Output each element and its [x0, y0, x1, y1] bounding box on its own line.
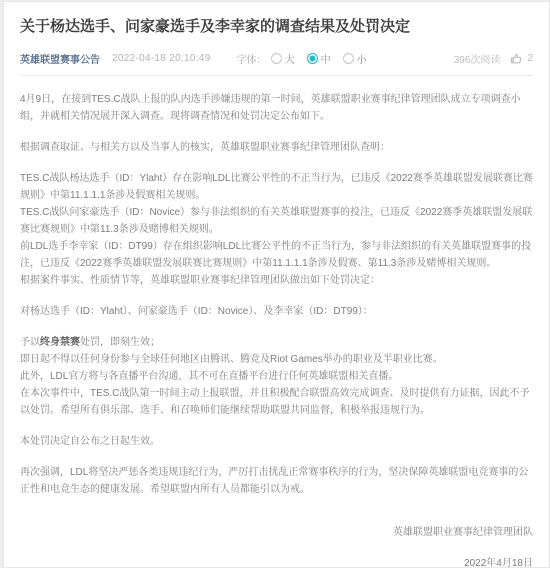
font-size-option-small[interactable]: 小	[343, 51, 367, 66]
page-title: 关于杨达选手、问家豪选手及李幸家的调查结果及处罚决定	[20, 16, 533, 37]
paragraph-text: 4月9日，在接到TES.C战队上报的队内选手涉嫌违规的第一时间，英雄联盟职业赛事…	[20, 91, 533, 125]
radio-selected-icon	[307, 53, 318, 64]
category-link[interactable]: 英雄联盟赛事公告	[20, 51, 100, 66]
font-size-option-small-label: 小	[357, 51, 367, 66]
paragraph-intro: 4月9日，在接到TES.C战队上报的队内选手涉嫌违规的第一时间，英雄联盟职业赛事…	[20, 91, 533, 125]
penalty-seg-1: 予以	[20, 337, 40, 348]
meta-bar: 英雄联盟赛事公告 2022-04-18 20:10:49 字体： 大 中 小 3…	[20, 51, 533, 65]
read-count: 396次阅读	[454, 51, 501, 66]
penalty-stream: 此外，LDL官方将与各直播平台沟通，其不可在直播平台进行任何英雄联盟相关直播。	[20, 368, 533, 385]
penalty-scope: 即日起不得以任何身份参与全球任何地区由腾讯、腾竞及Riot Games举办的职业…	[20, 351, 533, 368]
radio-unselected-icon	[271, 53, 282, 64]
font-size-label: 字体：	[237, 51, 267, 66]
like-button[interactable]: 2	[510, 52, 533, 65]
penalty-tesc-note: 在本次事件中，TES.C战队第一时间主动上报联盟，并且积极配合联盟高效完成调查、…	[20, 385, 533, 419]
like-count: 2	[527, 53, 533, 64]
radio-unselected-icon	[343, 53, 354, 64]
penalty-seg-3: 处罚，即刻生效；	[80, 337, 160, 348]
findings-list: TES.C战队杨达选手（ID：Ylaht）存在影响LDL比赛公平性的不正当行为，…	[20, 170, 533, 289]
article-footer: 英雄联盟职业赛事纪律管理团队 2022年4月18日	[20, 524, 533, 568]
publish-time: 2022-04-18 20:10:49	[112, 53, 211, 64]
thumbs-up-icon	[510, 52, 523, 65]
penalty-lifetime-ban: 终身禁赛	[40, 337, 80, 348]
signature-date: 2022年4月18日	[20, 555, 533, 568]
paragraph-closing: 再次强调，LDL将坚决严惩各类违规违纪行为，严厉打击扰乱正常赛事秩序的行为，坚决…	[20, 464, 533, 498]
finding-item: TES.C战队杨达选手（ID：Ylaht）存在影响LDL比赛公平性的不正当行为，…	[20, 170, 533, 204]
finding-item: 前LDL选手李幸家（ID：DT99）存在组织影响LDL比赛公平性的不正当行为，参…	[20, 238, 533, 272]
decision-intro: 根据案件事实、性质情节等，英雄联盟职业赛事纪律管理团队做出如下处罚决定：	[20, 272, 533, 289]
font-size-option-large-label: 大	[285, 51, 295, 66]
announcement-card: 关于杨达选手、问家豪选手及李幸家的调查结果及处罚决定 英雄联盟赛事公告 2022…	[3, 1, 550, 568]
font-size-option-medium-label: 中	[321, 51, 331, 66]
signature: 英雄联盟职业赛事纪律管理团队	[20, 524, 533, 541]
font-size-option-large[interactable]: 大	[271, 51, 295, 66]
penalty-block: 予以终身禁赛处罚，即刻生效； 即日起不得以任何身份参与全球任何地区由腾讯、腾竞及…	[20, 334, 533, 419]
paragraph-subjects: 对杨达选手（ID：Ylaht）、问家豪选手（ID：Novice）、及李幸家（ID…	[20, 303, 533, 320]
penalty-line: 予以终身禁赛处罚，即刻生效；	[20, 334, 533, 351]
font-size-option-medium[interactable]: 中	[307, 51, 331, 66]
article-body: 4月9日，在接到TES.C战队上报的队内选手涉嫌违规的第一时间，英雄联盟职业赛事…	[20, 76, 533, 568]
meta-right-group: 396次阅读 2	[454, 51, 533, 66]
paragraph-text: 再次强调，LDL将坚决严惩各类违规违纪行为，严厉打击扰乱正常赛事秩序的行为，坚决…	[20, 464, 533, 498]
paragraph-effective: 本处罚决定自公布之日起生效。	[20, 433, 533, 450]
paragraph-investigation: 根据调查取证、与相关方以及当事人的核实，英雄联盟职业赛事纪律管理团队查明：	[20, 139, 533, 156]
paragraph-text: 本处罚决定自公布之日起生效。	[20, 433, 533, 450]
paragraph-text: 对杨达选手（ID：Ylaht）、问家豪选手（ID：Novice）、及李幸家（ID…	[20, 303, 533, 320]
finding-item: TES.C战队问家豪选手（ID：Novice）参与非法组织的有关英雄联盟赛事的投…	[20, 204, 533, 238]
paragraph-text: 根据调查取证、与相关方以及当事人的核实，英雄联盟职业赛事纪律管理团队查明：	[20, 139, 533, 156]
